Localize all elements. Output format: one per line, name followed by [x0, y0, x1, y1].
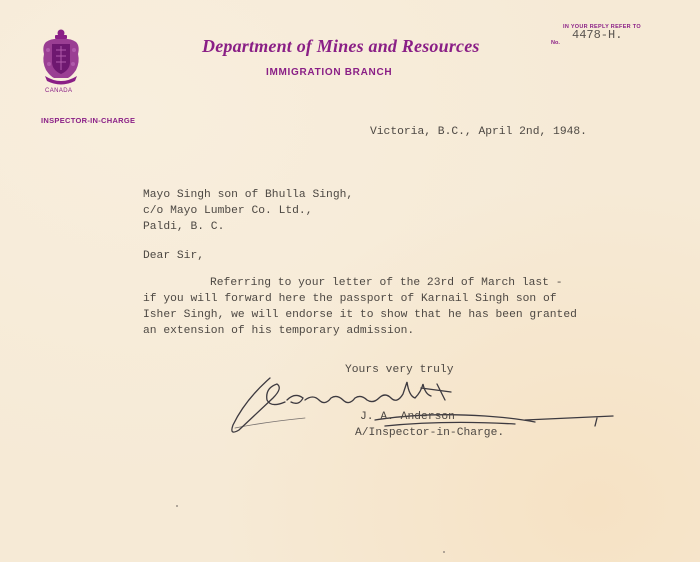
addressee-line: Mayo Singh son of Bhulla Singh, — [143, 187, 353, 203]
signer-name: J. A. Anderson — [360, 409, 455, 425]
salutation: Dear Sir, — [143, 248, 204, 264]
body-line: Isher Singh, we will endorse it to show … — [143, 307, 577, 323]
body-line: Referring to your letter of the 23rd of … — [210, 275, 563, 291]
signer-title: A/Inspector-in-Charge. — [355, 425, 504, 441]
dateline: Victoria, B.C., April 2nd, 1948. — [370, 124, 587, 140]
addressee-line: c/o Mayo Lumber Co. Ltd., — [143, 203, 312, 219]
paper-speck — [176, 505, 178, 507]
canada-coat-of-arms-icon — [40, 28, 82, 86]
crest-label: CANADA — [45, 88, 72, 94]
addressee-line: Paldi, B. C. — [143, 219, 224, 235]
department-title: Department of Mines and Resources — [202, 36, 480, 57]
number-label: No. — [551, 40, 560, 46]
body-line: if you will forward here the passport of… — [143, 291, 557, 307]
office-label: INSPECTOR-IN-CHARGE — [41, 116, 135, 125]
body-line: an extension of his temporary admission. — [143, 323, 414, 339]
branch-name: IMMIGRATION BRANCH — [266, 67, 392, 78]
reference-number: 4478-H. — [572, 28, 622, 42]
paper-speck — [443, 551, 445, 553]
letter-page: CANADA Department of Mines and Resources… — [0, 0, 700, 562]
